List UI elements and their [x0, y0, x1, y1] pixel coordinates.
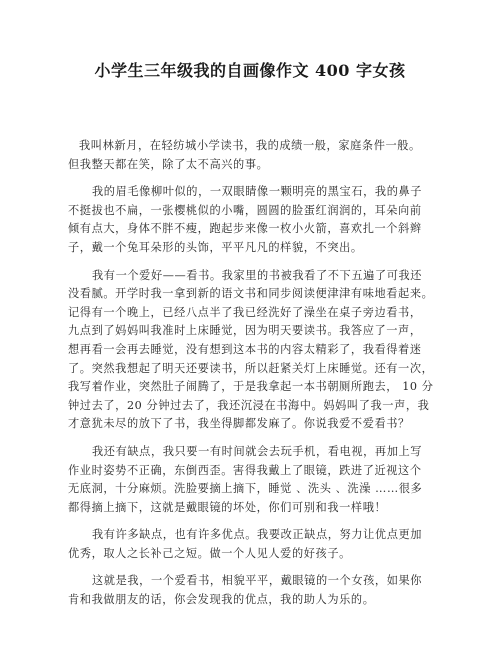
- text-line: 我有一个爱好——看书。我家里的书被我看了不下五遍了可我还: [68, 267, 438, 286]
- text-line: 优秀，取人之长补己之短。做一个人见人爱的好孩子。: [68, 545, 438, 564]
- text-line: 九点到了妈妈叫我准时上床睡觉，因为明天要读书。我答应了一声，: [68, 322, 438, 341]
- text-line: 想再看一会再去睡觉，没有想到这本书的内容太精彩了，我看得着迷: [68, 341, 438, 360]
- paragraph-strengths: 我有许多缺点，也有许多优点。我要改正缺点，努力让优点更加 优秀，取人之长补己之短…: [68, 526, 438, 563]
- paragraph-shortcomings: 我还有缺点，我只要一有时间就会去玩手机，看电视，再加上写 作业时姿势不正确，东倒…: [68, 443, 438, 517]
- text-line: 但我整天都在笑，除了太不高兴的事。: [68, 156, 438, 175]
- text-line: 肯和我做朋友的话，你会发现我的优点，我的助人为乐的。: [68, 591, 438, 610]
- document-title: 小学生三年级我的自画像作文 400 字女孩: [0, 58, 500, 81]
- text-line: 无底洞，十分麻烦。洗脸要摘上摘下，睡觉 、洗头 、洗澡 ……很多: [68, 480, 438, 499]
- text-line: 记得有一个晚上，已经八点半了我已经洗好了澡坐在桌子旁边看书，: [68, 304, 438, 323]
- text-line: 我还有缺点，我只要一有时间就会去玩手机，看电视，再加上写: [68, 443, 438, 462]
- text-line: 我写着作业，突然肚子闹腾了，于是我拿起一本书朝厕所跑去， 10 分: [68, 378, 438, 397]
- text-line: 了。突然我想起了明天还要读书，所以赶紧关灯上床睡觉。还有一次，: [68, 360, 438, 379]
- text-line: 没看腻。开学时我一拿到新的语文书和同步阅读便津津有味地看起来。: [68, 285, 438, 304]
- text-line: 倾有点大，身体不胖不瘦，跑起步来像一枚小火箭，喜欢扎一个斜辫: [68, 220, 438, 239]
- text-line: 钟过去了，20 分钟过去了，我还沉浸在书海中。妈妈叫了我一声，我: [68, 397, 438, 416]
- text-line: 作业时姿势不正确，东倒西歪。害得我戴上了眼镜，跌进了近视这个: [68, 462, 438, 481]
- text-line: 我的眉毛像柳叶似的，一双眼睛像一颗明亮的黑宝石，我的鼻子: [68, 183, 438, 202]
- paragraph-conclusion: 这就是我，一个爱看书，相貌平平，戴眼镜的一个女孩，如果你 肯和我做朋友的话，你会…: [68, 572, 438, 609]
- paragraph-hobby: 我有一个爱好——看书。我家里的书被我看了不下五遍了可我还 没看腻。开学时我一拿到…: [68, 267, 438, 434]
- paragraph-intro: 我叫林新月，在轻纺城小学读书，我的成绩一般，家庭条件一般。 但我整天都在笑，除了…: [68, 137, 438, 174]
- paragraph-appearance: 我的眉毛像柳叶似的，一双眼睛像一颗明亮的黑宝石，我的鼻子 不挺拔也不扁，一张樱桃…: [68, 183, 438, 257]
- text-line: 才意犹未尽的放下了书，我坐得脚都发麻了。你说我爱不爱看书？: [68, 415, 438, 434]
- text-line: 不挺拔也不扁，一张樱桃似的小嘴，圆圆的脸蛋红润润的，耳朵向前: [68, 202, 438, 221]
- text-line: 子，戴一个兔耳朵形的头饰，平平凡凡的样貌，不突出。: [68, 239, 438, 258]
- text-line: 这就是我，一个爱看书，相貌平平，戴眼镜的一个女孩，如果你: [68, 572, 438, 591]
- text-line: 我有许多缺点，也有许多优点。我要改正缺点，努力让优点更加: [68, 526, 438, 545]
- text-line: 都得摘上摘下，这就是戴眼镜的坏处，你们可别和我一样哦！: [68, 499, 438, 518]
- document-body: 我叫林新月，在轻纺城小学读书，我的成绩一般，家庭条件一般。 但我整天都在笑，除了…: [68, 137, 438, 619]
- text-line: 我叫林新月，在轻纺城小学读书，我的成绩一般，家庭条件一般。: [68, 137, 438, 156]
